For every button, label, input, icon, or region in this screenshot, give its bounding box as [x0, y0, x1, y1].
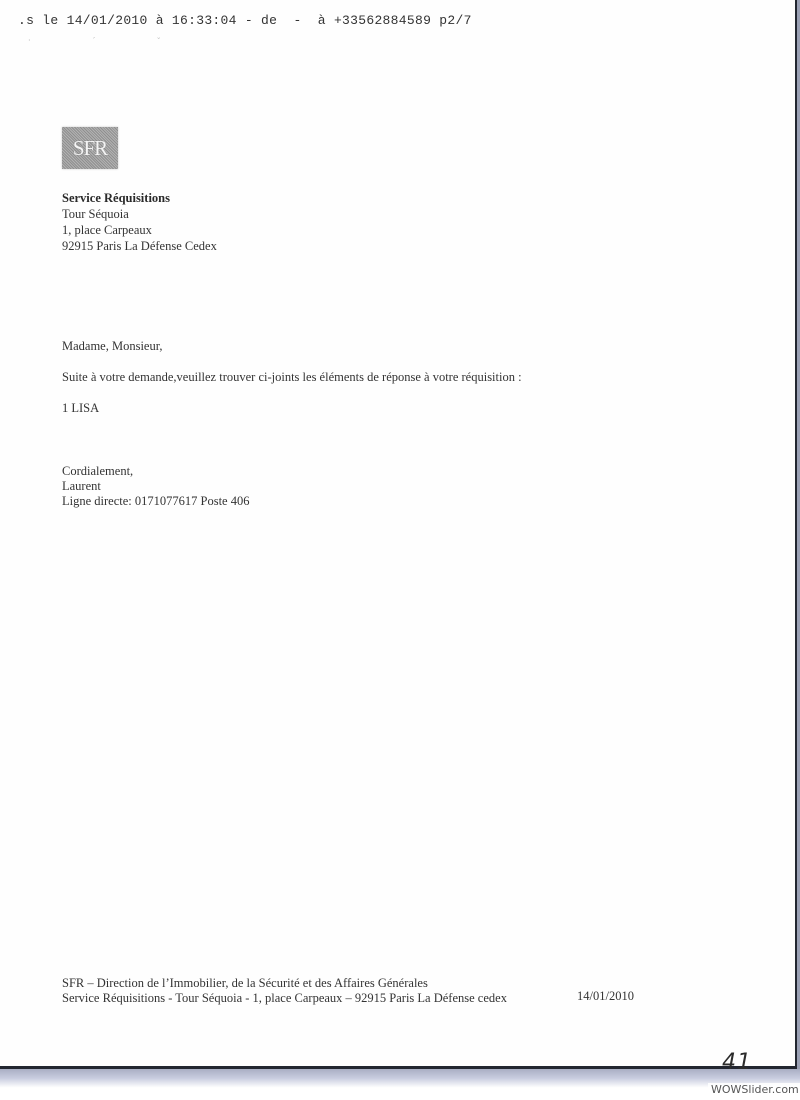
direct-line: Ligne directe: 0171077617 Poste 406	[62, 494, 249, 509]
letter-body: Suite à votre demande,veuillez trouver c…	[62, 370, 522, 385]
letter-footer: SFR – Direction de l’Immobilier, de la S…	[62, 976, 507, 1006]
fax-transmission-header: .s le 14/01/2010 à 16:33:04 - de - à +33…	[18, 13, 472, 28]
sender-city: 92915 Paris La Défense Cedex	[62, 238, 217, 254]
watermark: WOWSlider.com	[708, 1083, 800, 1096]
sender-street: 1, place Carpeaux	[62, 222, 217, 238]
footer-line-2: Service Réquisitions - Tour Séquoia - 1,…	[62, 991, 507, 1006]
scanned-page	[0, 0, 795, 1066]
sender-department: Service Réquisitions	[62, 190, 217, 206]
scan-edge-bottom-shadow	[0, 1069, 800, 1100]
scan-specks: · ˊ ˘	[28, 36, 190, 45]
salutation: Madame, Monsieur,	[62, 339, 163, 354]
sfr-logo-icon: SFR	[62, 127, 118, 169]
sender-address-block: Service Réquisitions Tour Séquoia 1, pla…	[62, 190, 217, 254]
handwritten-page-number: 41	[722, 1050, 752, 1075]
footer-line-1: SFR – Direction de l’Immobilier, de la S…	[62, 976, 507, 991]
closing: Cordialement,	[62, 464, 249, 479]
logo-text: SFR	[73, 136, 107, 161]
footer-date: 14/01/2010	[577, 989, 634, 1004]
requisition-item: 1 LISA	[62, 401, 99, 416]
signer-name: Laurent	[62, 479, 249, 494]
signature-block: Cordialement, Laurent Ligne directe: 017…	[62, 464, 249, 509]
sender-building: Tour Séquoia	[62, 206, 217, 222]
